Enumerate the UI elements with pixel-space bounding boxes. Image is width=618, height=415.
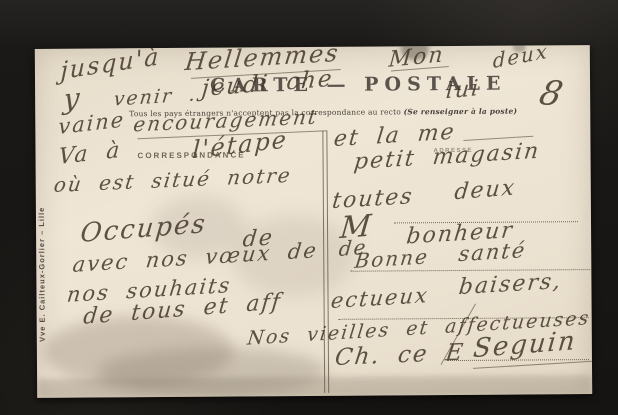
handwriting-word: Ch. ce E — [333, 339, 466, 371]
postcard: CARTE — POSTALE Tous les pays étrangers … — [35, 45, 592, 398]
postcard-photo: CARTE — POSTALE Tous les pays étrangers … — [0, 0, 618, 415]
handwriting-word: baisers, — [457, 269, 563, 300]
handwriting-word: santé — [457, 238, 527, 266]
handwriting-word: Occupés — [79, 209, 208, 249]
handwriting-word: deux — [493, 45, 549, 73]
handwriting-layer: jusqu'àHellemmesMondeuxyvenir .jeudi che… — [35, 45, 592, 398]
handwriting-word: Va à — [58, 138, 122, 170]
handwriting-word: deux — [453, 175, 517, 205]
handwriting-word: Mon — [388, 45, 446, 73]
handwriting-word: lui — [445, 76, 481, 105]
handwriting-word: Bonne — [353, 244, 430, 273]
handwriting-word: jusqu'à — [60, 45, 161, 85]
handwriting-word: 8 — [535, 73, 568, 114]
handwriting-word: ectueux — [330, 283, 431, 313]
handwriting-word: où est situé notre — [52, 163, 293, 197]
handwriting-word: y — [62, 81, 82, 116]
